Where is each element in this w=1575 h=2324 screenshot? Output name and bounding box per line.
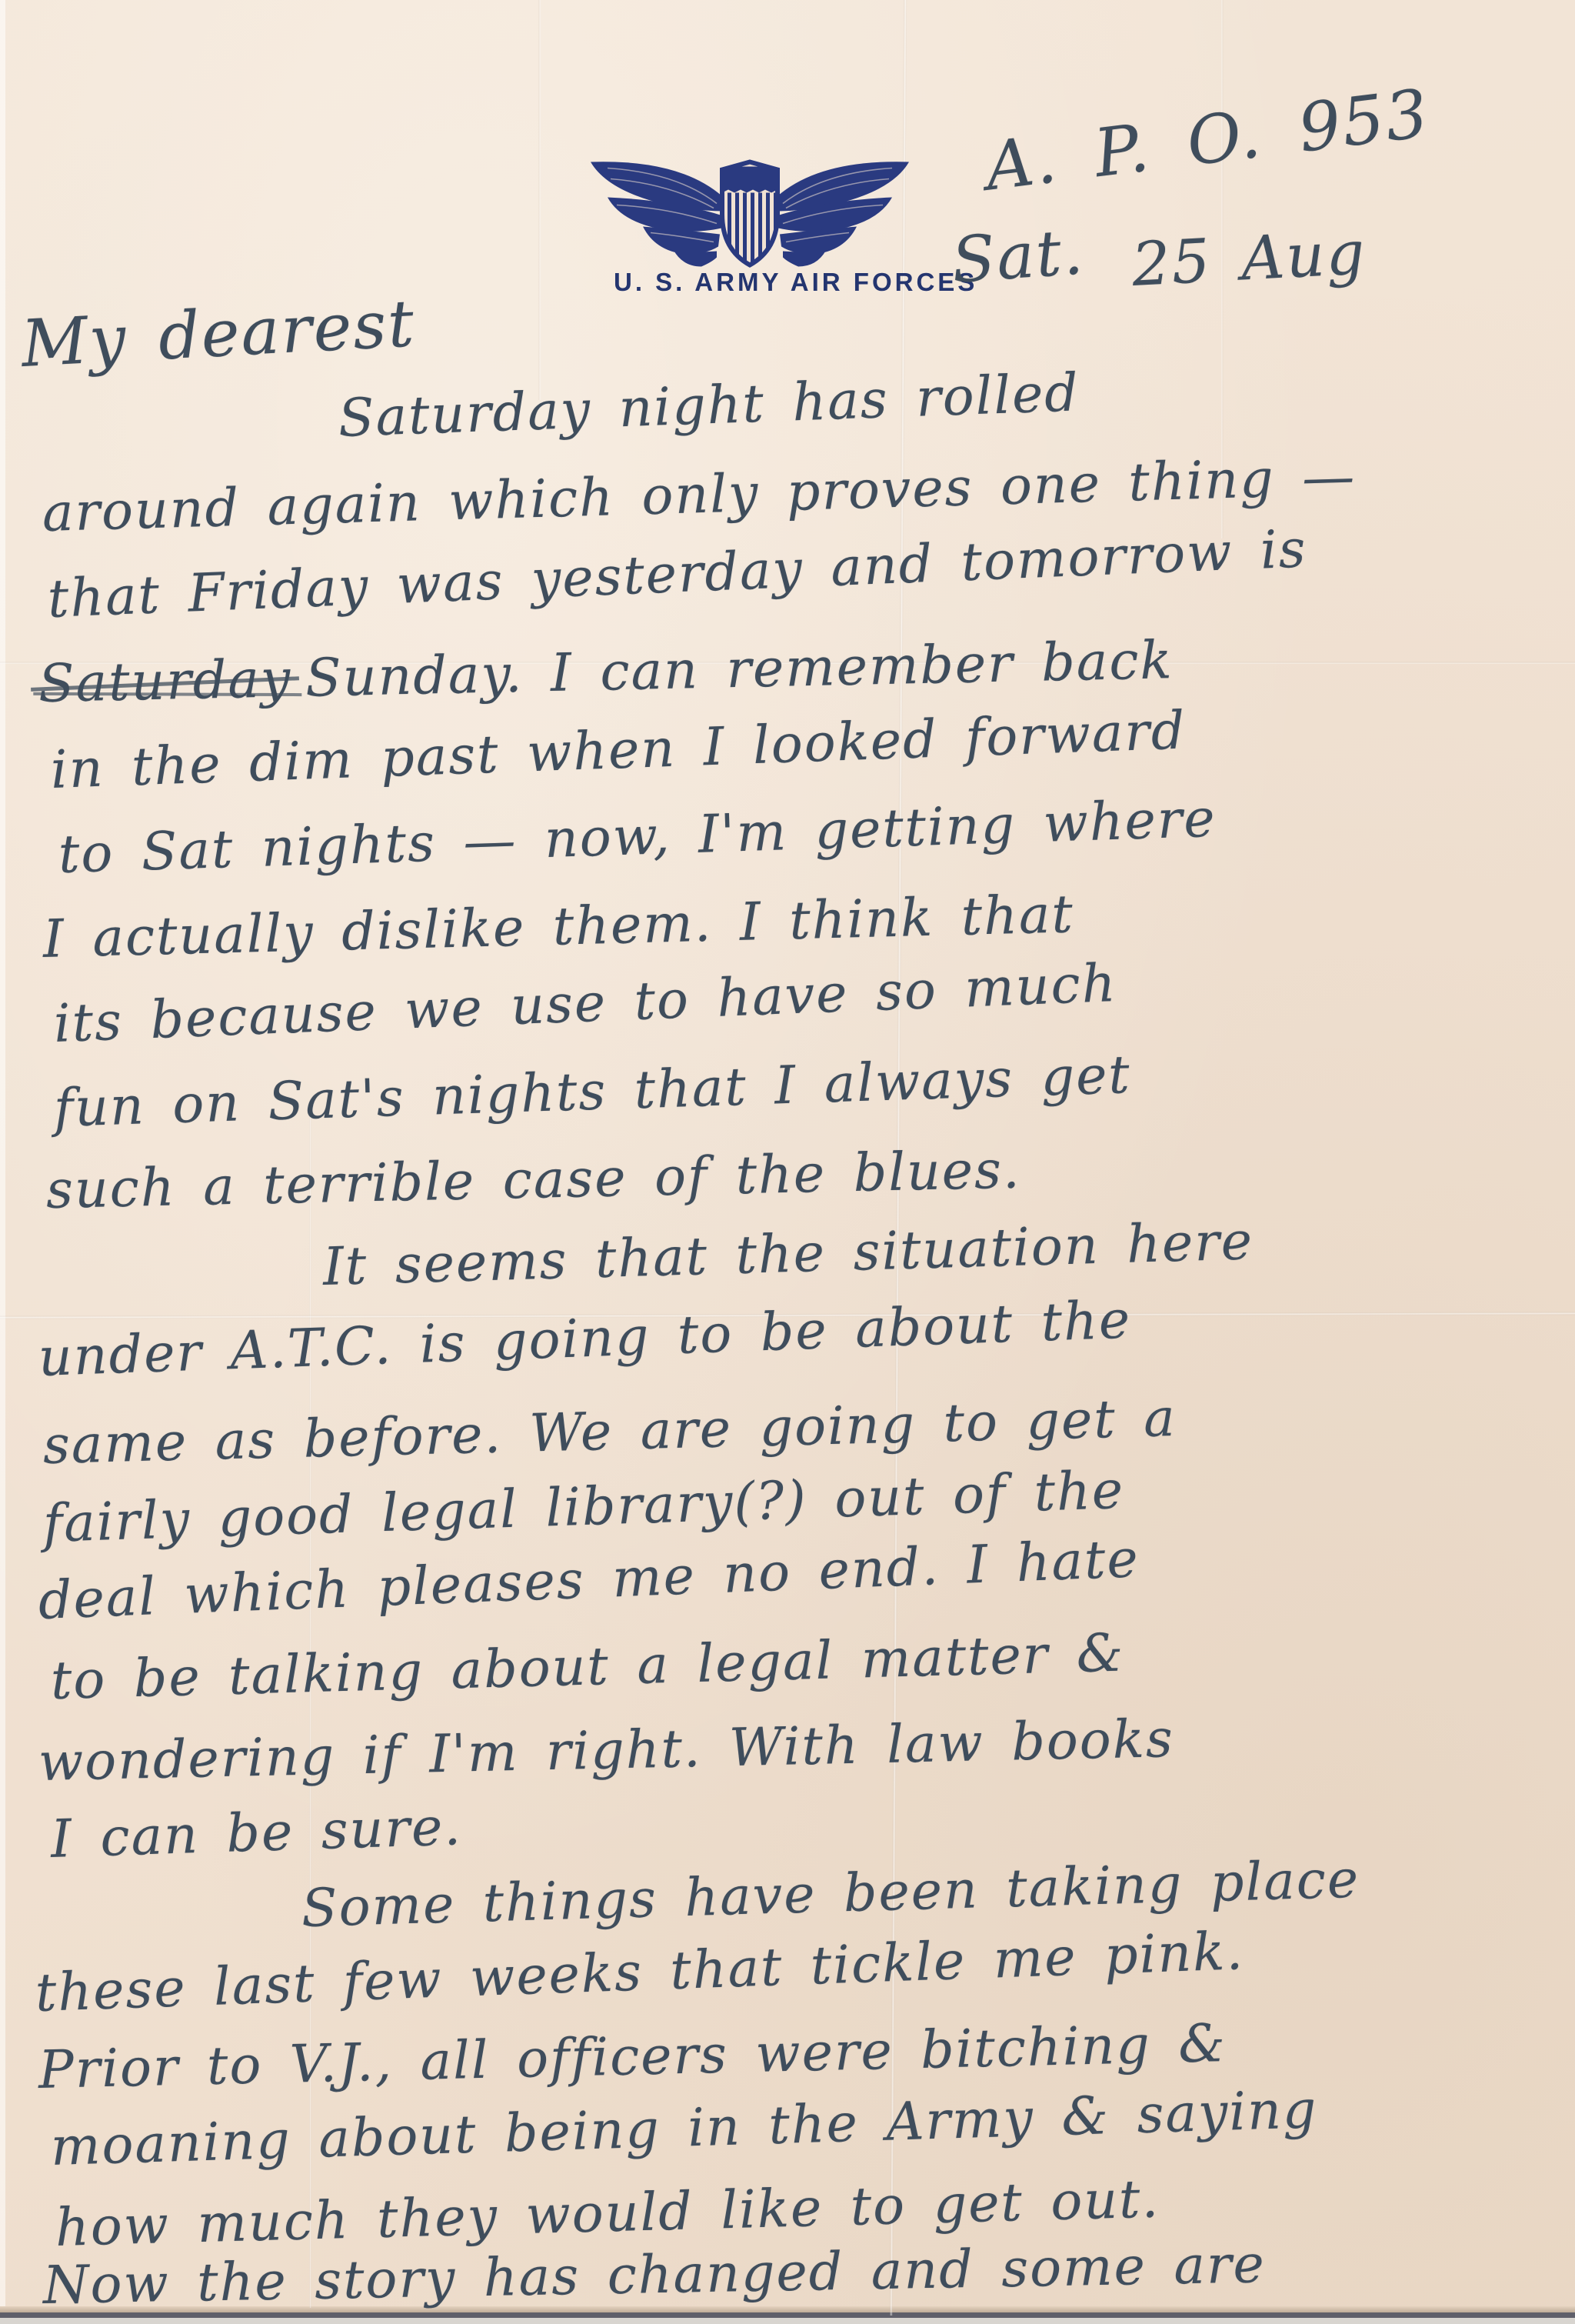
letter-line: in the dim past when I looked forward	[50, 700, 1187, 801]
letter-line: Saturday night has rolled	[338, 362, 1081, 449]
vertical-fold-crease	[538, 0, 541, 400]
scan-background-strip	[0, 2318, 1575, 2324]
letter-line: to Sat nights — now, I'm getting where	[58, 789, 1217, 885]
letter-line-text: in the dim past when I looked forward	[50, 700, 1187, 801]
letter-line: its because we use to have so much	[52, 953, 1117, 1055]
letter-line-text: to Sat nights — now, I'm getting where	[58, 789, 1217, 885]
salutation: My dearest	[19, 285, 417, 382]
letterhead-org-name: U. S. ARMY AIR FORCES	[614, 268, 875, 297]
letter-line: I can be sure.	[50, 1796, 463, 1870]
letter-line: fun on Sat's nights that I always get	[53, 1045, 1132, 1139]
letter-line: wondering if I'm right. With law books	[38, 1709, 1174, 1793]
letter-page: U. S. ARMY AIR FORCES A. P. O. 953 Sat. …	[0, 0, 1575, 2324]
apo-address-line: A. P. O. 953	[981, 75, 1433, 206]
scan-edge-left	[0, 0, 5, 2324]
letter-line: I actually dislike them. I think that	[42, 884, 1075, 970]
letter-line: to be talking about a legal matter &	[50, 1622, 1125, 1712]
letter-line-text: wondering if I'm right. With law books	[38, 1709, 1174, 1793]
letter-line: SaturdaySunday. I can remember back	[38, 630, 1174, 715]
letter-line-text: Sunday. I can remember back	[305, 630, 1174, 709]
letter-line: under A.T.C. is going to be about the	[38, 1289, 1133, 1389]
letter-line: these last few weeks that tickle me pink…	[35, 1921, 1245, 2024]
letter-line-text: its because we use to have so much	[52, 953, 1117, 1055]
letter-line-text: I can be sure.	[50, 1796, 463, 1870]
letter-line-text: these last few weeks that tickle me pink…	[35, 1921, 1245, 2024]
letter-line-text: to be talking about a legal matter &	[50, 1622, 1125, 1712]
date-day: Sat.	[950, 215, 1087, 298]
army-air-forces-wings-emblem	[584, 148, 915, 282]
letter-line-text: under A.T.C. is going to be about the	[38, 1289, 1133, 1389]
letter-line: such a terrible case of the blues.	[45, 1139, 1021, 1221]
struck-word: Saturday	[38, 649, 292, 715]
letter-line-text: fun on Sat's nights that I always get	[53, 1045, 1132, 1139]
letter-line-text: I actually dislike them. I think that	[42, 884, 1075, 970]
letter-line-text: Saturday night has rolled	[338, 362, 1081, 449]
letter-line: It seems that the situation here	[322, 1211, 1254, 1298]
date-line: 25 Aug	[1130, 218, 1368, 300]
letter-line-text: such a terrible case of the blues.	[45, 1139, 1021, 1221]
letter-line-text: It seems that the situation here	[322, 1211, 1254, 1298]
